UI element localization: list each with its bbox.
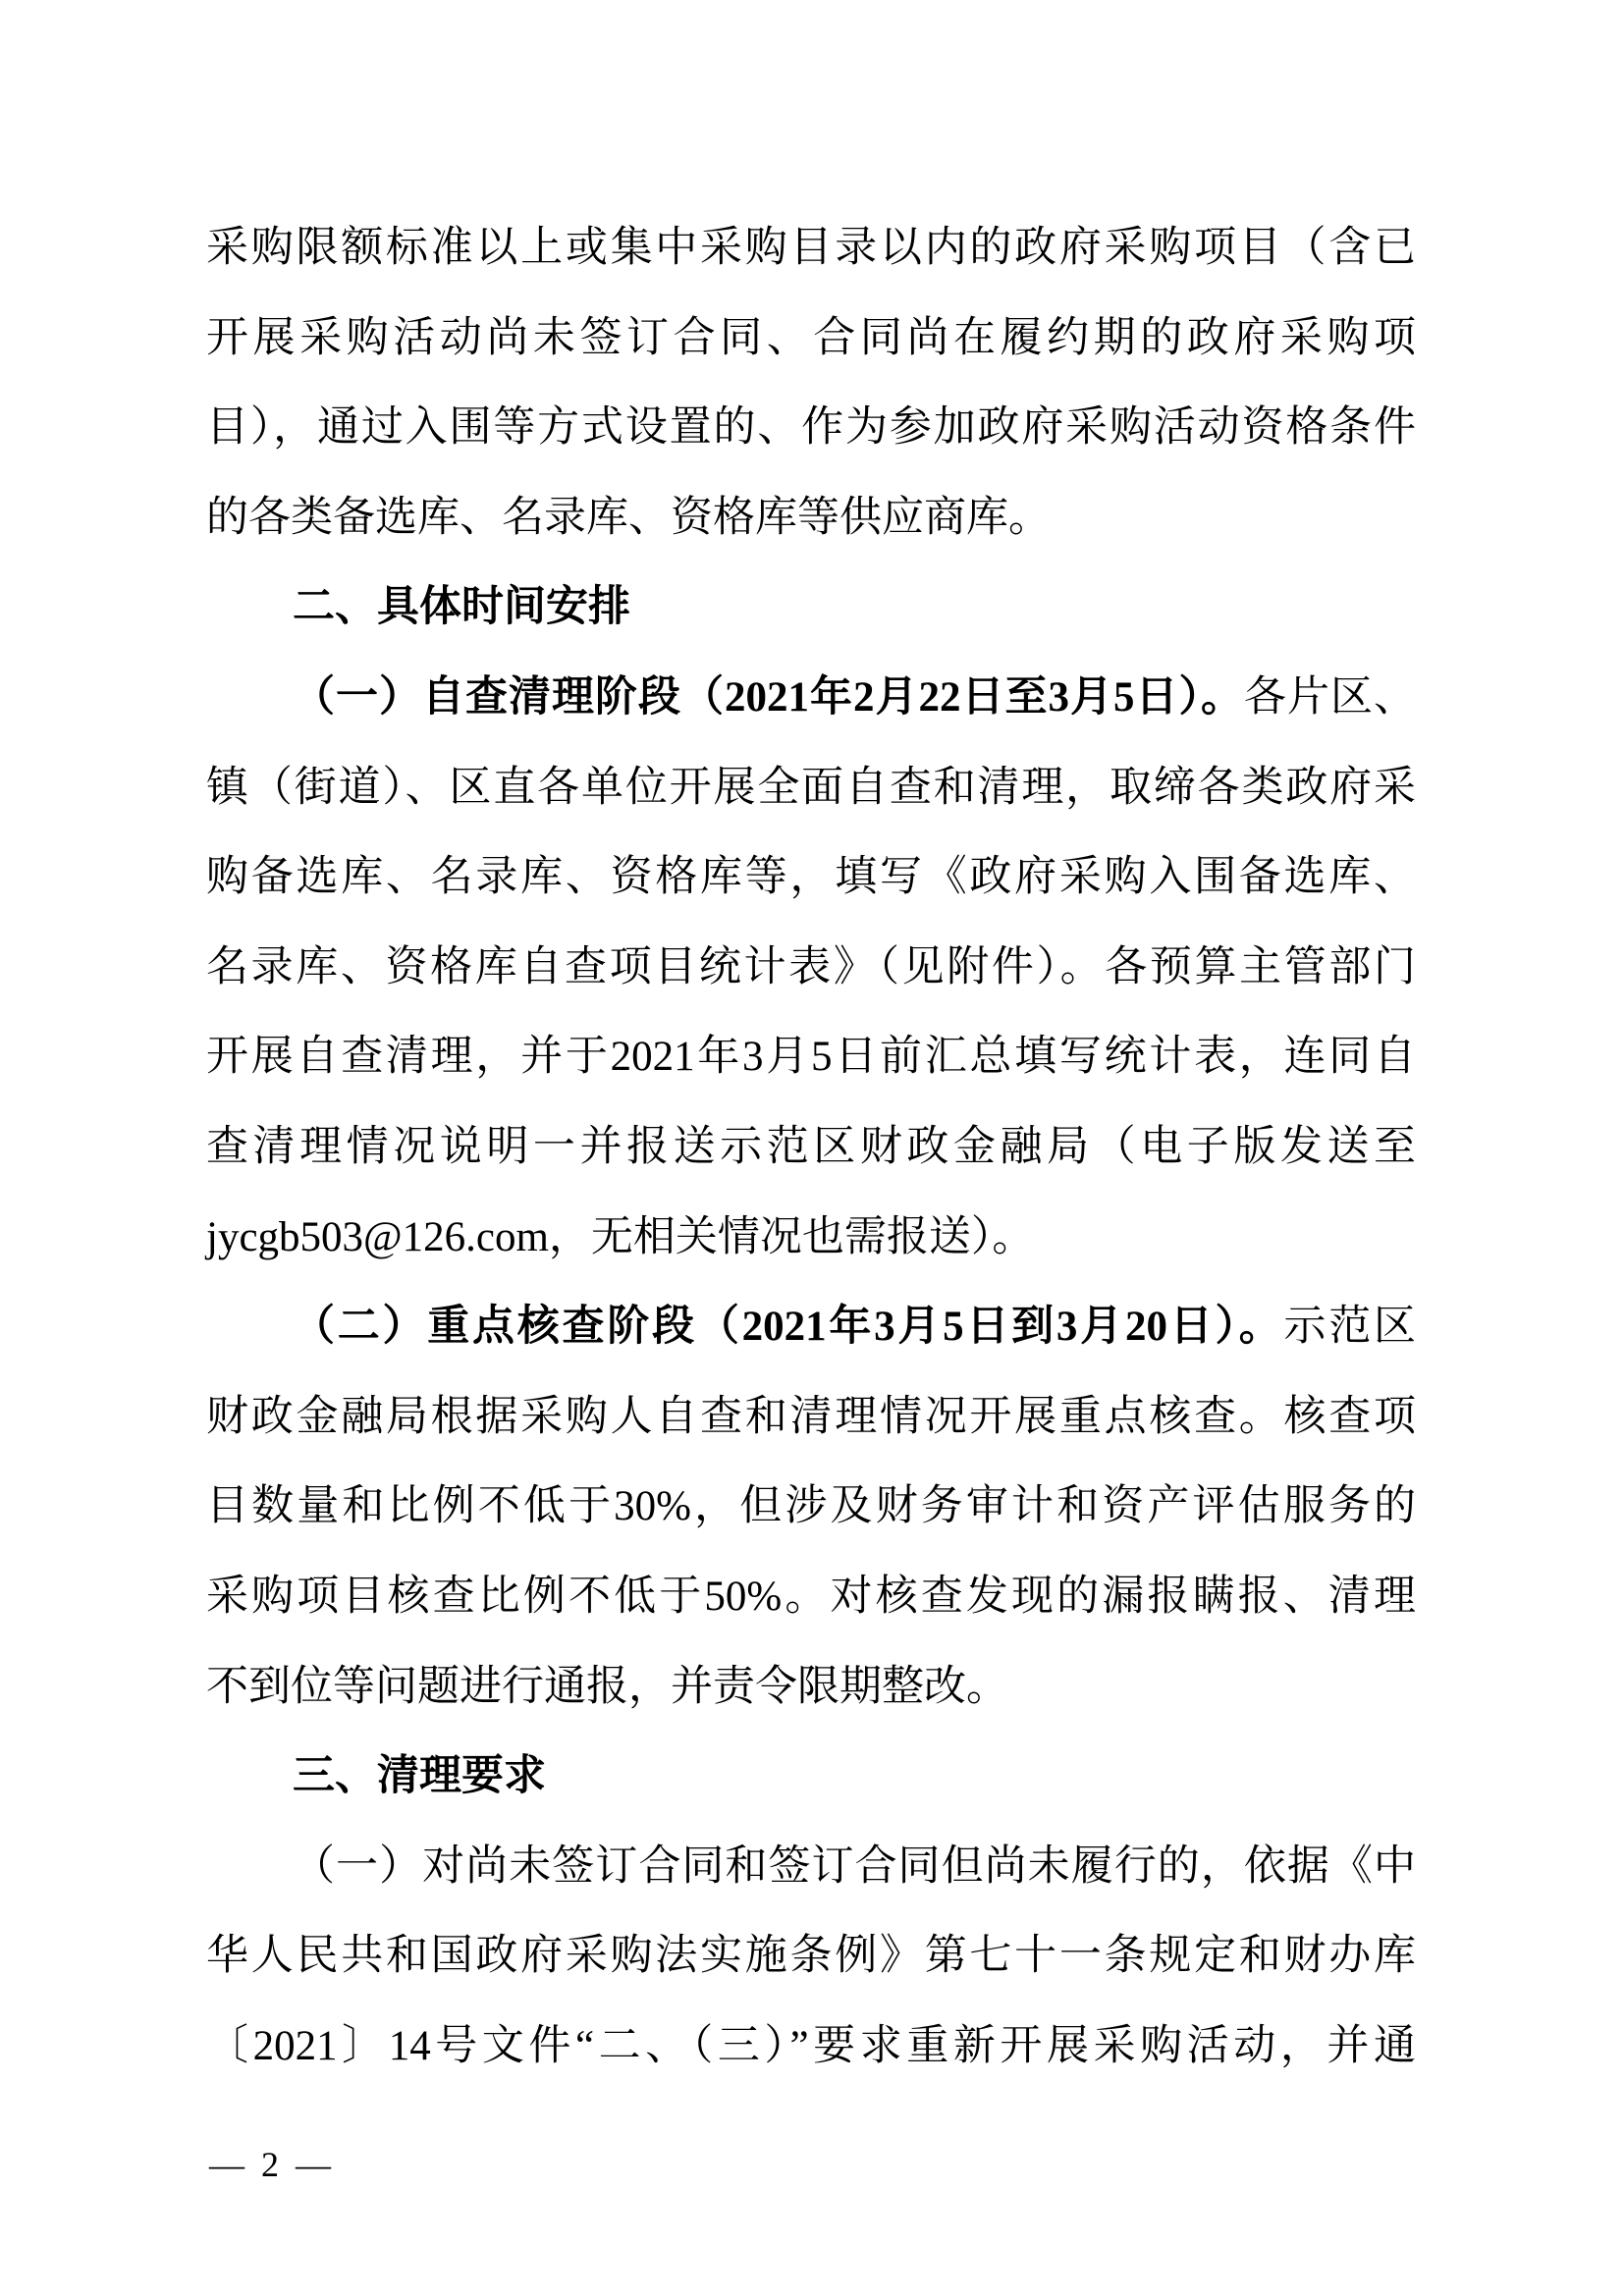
text-segment: 购备选库、名录库、资格库等，填写《政府采购入围备选库、 [206, 854, 1416, 900]
text-line: 〔2021〕14号文件“二、（三）”要求重新开展采购活动，并通 [206, 2002, 1416, 2092]
text-segment: 采购限额标准以上或集中采购目录以内的政府采购项目（含已 [206, 225, 1416, 271]
text-line: 财政金融局根据采购人自查和清理情况开展重点核查。核查项 [206, 1372, 1416, 1463]
text-line: jycgb503@126.com，无相关情况也需报送）。 [206, 1193, 1416, 1283]
text-line: （二）重点核查阶段（2021年3月5日到3月20日）。示范区 [206, 1282, 1416, 1372]
text-line: 名录库、资格库自查项目统计表》（见附件）。各预算主管部门 [206, 923, 1416, 1013]
section-heading: 二、具体时间安排 [206, 562, 1416, 653]
text-line: 不到位等问题进行通报，并责令限期整改。 [206, 1642, 1416, 1733]
text-segment: 各片区、 [1244, 674, 1416, 721]
bold-text-segment: （二）重点核查阶段（2021年3月5日到3月20日）。 [293, 1304, 1283, 1350]
text-segment: 示范区 [1283, 1304, 1416, 1350]
text-line: （一）对尚未签订合同和签订合同但尚未履行的，依据《中 [206, 1822, 1416, 1912]
bold-text-segment: 二、具体时间安排 [293, 583, 630, 630]
text-segment: 目数量和比例不低于30%，但涉及财务审计和资产评估服务的 [206, 1483, 1416, 1529]
text-segment: （一）对尚未签订合同和签订合同但尚未履行的，依据《中 [293, 1843, 1416, 1890]
text-segment: 的各类备选库、名录库、资格库等供应商库。 [206, 495, 1051, 541]
text-segment: 采购项目核查比例不低于50%。对核查发现的漏报瞒报、清理 [206, 1574, 1416, 1620]
document-body: 采购限额标准以上或集中采购目录以内的政府采购项目（含已开展采购活动尚未签订合同、… [206, 203, 1416, 2091]
text-segment: 不到位等问题进行通报，并责令限期整改。 [206, 1664, 1008, 1710]
text-line: 开展自查清理，并于2021年3月5日前汇总填写统计表，连同自 [206, 1012, 1416, 1102]
text-segment: 开展自查清理，并于2021年3月5日前汇总填写统计表，连同自 [206, 1034, 1416, 1080]
text-line: （一）自查清理阶段（2021年2月22日至3月5日）。各片区、 [206, 653, 1416, 743]
text-line: 采购项目核查比例不低于50%。对核查发现的漏报瞒报、清理 [206, 1552, 1416, 1642]
text-segment: 华人民共和国政府采购法实施条例》第七十一条规定和财办库 [206, 1933, 1416, 1979]
text-line: 目数量和比例不低于30%，但涉及财务审计和资产评估服务的 [206, 1462, 1416, 1552]
bold-text-segment: （一）自查清理阶段（2021年2月22日至3月5日）。 [293, 674, 1244, 721]
text-segment: 名录库、资格库自查项目统计表》（见附件）。各预算主管部门 [206, 944, 1416, 990]
document-page: 采购限额标准以上或集中采购目录以内的政府采购项目（含已开展采购活动尚未签订合同、… [0, 0, 1624, 2296]
text-line: 镇（街道）、区直各单位开展全面自查和清理，取缔各类政府采 [206, 743, 1416, 833]
text-segment: 查清理情况说明一并报送示范区财政金融局（电子版发送至 [206, 1124, 1416, 1170]
text-line: 华人民共和国政府采购法实施条例》第七十一条规定和财办库 [206, 1911, 1416, 2002]
text-line: 查清理情况说明一并报送示范区财政金融局（电子版发送至 [206, 1102, 1416, 1193]
bold-text-segment: 三、清理要求 [293, 1752, 546, 1799]
text-line: 开展采购活动尚未签订合同、合同尚在履约期的政府采购项 [206, 294, 1416, 384]
text-segment: 财政金融局根据采购人自查和清理情况开展重点核查。核查项 [206, 1394, 1416, 1440]
text-segment: 〔2021〕14号文件“二、（三）”要求重新开展采购活动，并通 [206, 2023, 1416, 2069]
text-segment: 镇（街道）、区直各单位开展全面自查和清理，取缔各类政府采 [206, 765, 1416, 811]
section-heading: 三、清理要求 [206, 1732, 1416, 1822]
text-segment: 目），通过入围等方式设置的、作为参加政府采购活动资格条件 [206, 404, 1416, 451]
text-segment: 开展采购活动尚未签订合同、合同尚在履约期的政府采购项 [206, 315, 1416, 361]
text-segment: jycgb503@126.com，无相关情况也需报送）。 [206, 1214, 1034, 1260]
text-line: 购备选库、名录库、资格库等，填写《政府采购入围备选库、 [206, 832, 1416, 923]
text-line: 的各类备选库、名录库、资格库等供应商库。 [206, 473, 1416, 563]
text-line: 采购限额标准以上或集中采购目录以内的政府采购项目（含已 [206, 203, 1416, 294]
text-line: 目），通过入围等方式设置的、作为参加政府采购活动资格条件 [206, 383, 1416, 473]
page-number: — 2 — [209, 2135, 335, 2194]
